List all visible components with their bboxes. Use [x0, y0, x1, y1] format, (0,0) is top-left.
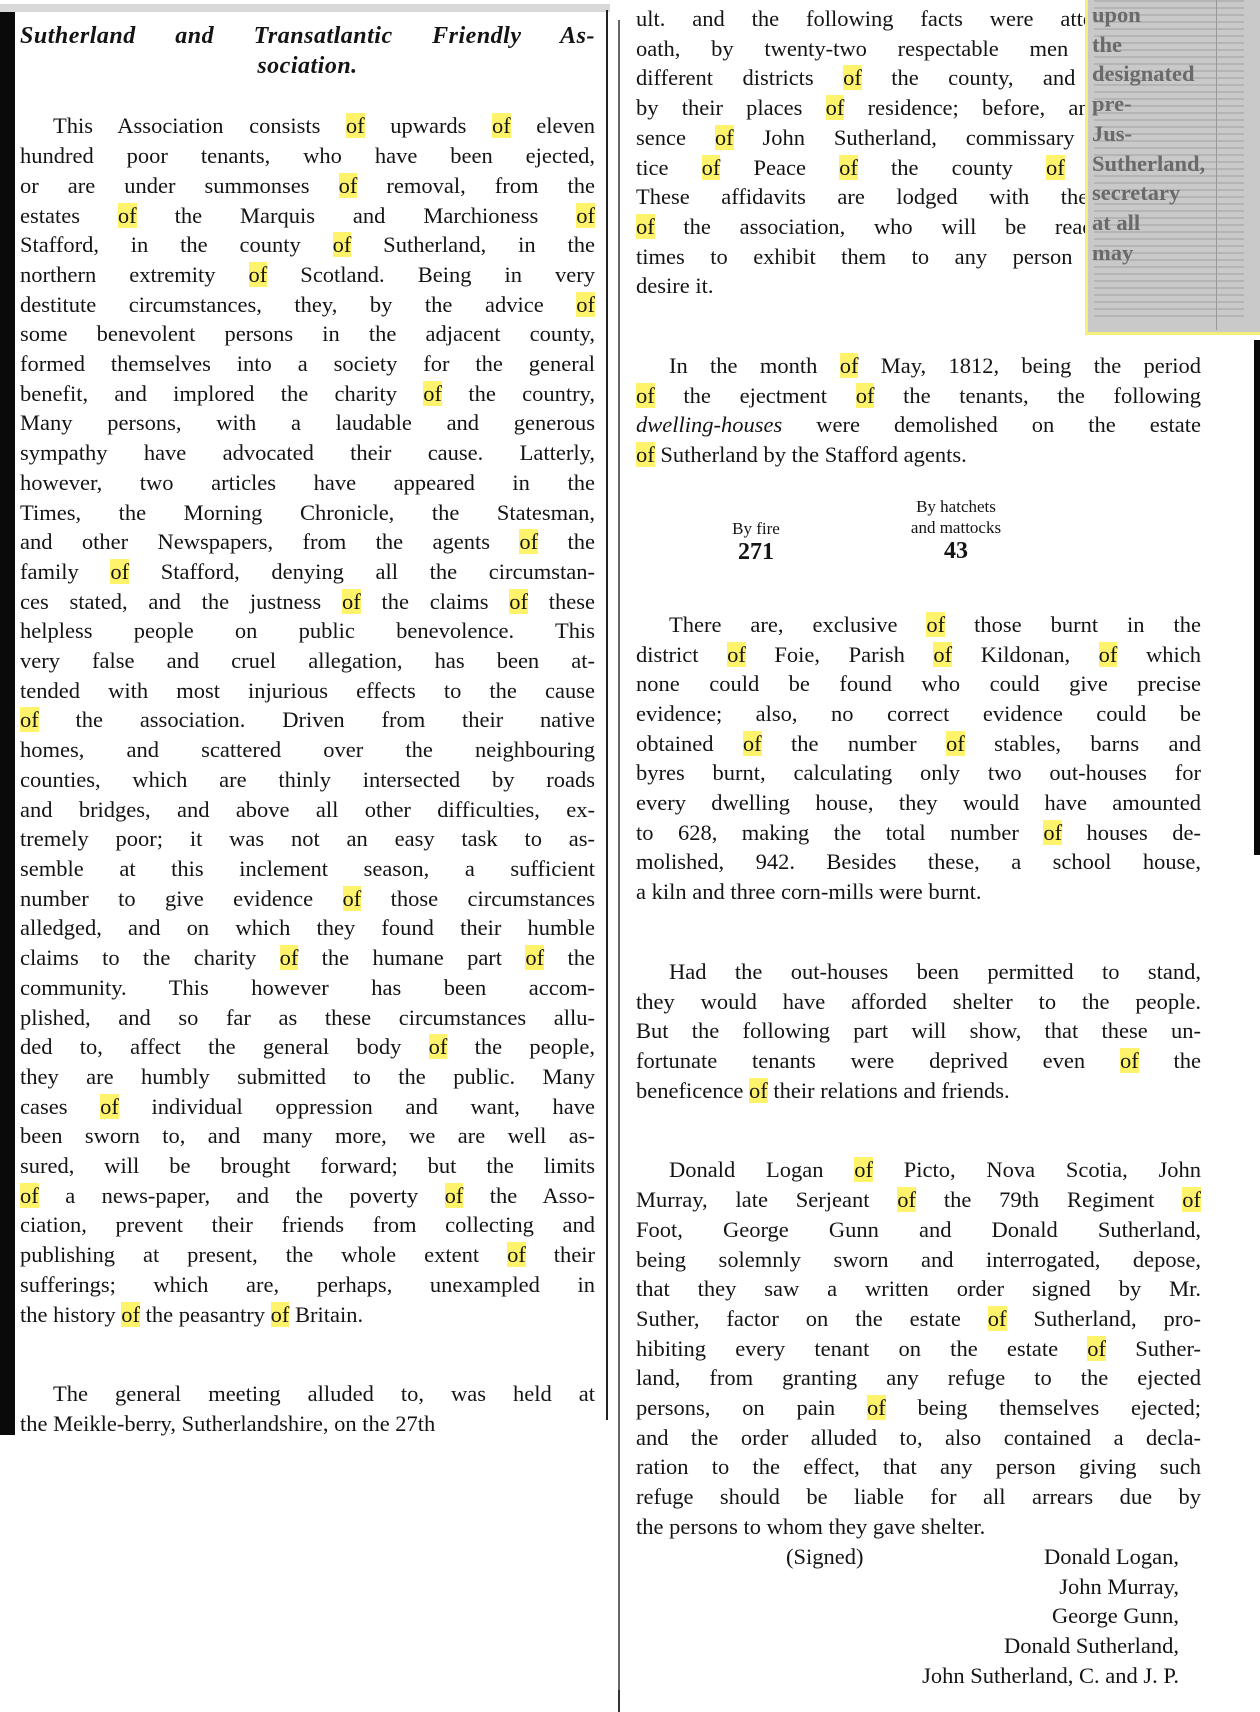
right-scan-edge — [1254, 340, 1260, 855]
text-line: that they saw a written order signed by … — [636, 1274, 1201, 1304]
signatory: Donald Logan, — [1044, 1542, 1201, 1572]
thumbnail-word: at all — [1092, 208, 1205, 238]
text-line: fortunate tenants were deprived even of … — [636, 1046, 1201, 1076]
text-line: alledged, and on which they found their … — [20, 913, 595, 943]
search-highlight: of — [933, 642, 952, 667]
text-line: destitute circumstances, they, by the ad… — [20, 290, 595, 320]
search-highlight: of — [636, 214, 655, 239]
text-line: plished, and so far as these circumstanc… — [20, 1003, 595, 1033]
text-line: There are, exclusive of those burnt in t… — [636, 610, 1201, 640]
search-highlight: of — [525, 945, 544, 970]
search-highlight: of — [1043, 820, 1062, 845]
text-line: molished, 942. Besides these, a school h… — [636, 847, 1201, 877]
article-title-line2: sociation. — [20, 52, 595, 82]
text-line: and the order alluded to, also contained… — [636, 1423, 1201, 1453]
search-highlight: of — [715, 125, 734, 150]
text-line: formed themselves into a society for the… — [20, 349, 595, 379]
text-line: publishing at present, the whole extent … — [20, 1240, 595, 1270]
text-line: of Sutherland by the Stafford agents. — [636, 440, 1201, 470]
text-line: benefit, and implored the charity of the… — [20, 379, 595, 409]
search-highlight: of — [423, 381, 442, 406]
text-line: and other Newspapers, from the agents of… — [20, 527, 595, 557]
text-line: Suther, factor on the estate of Sutherla… — [636, 1304, 1201, 1334]
text-line: claims to the charity of the humane part… — [20, 943, 595, 973]
text-line: land, from granting any refuge to the ej… — [636, 1363, 1201, 1393]
paragraph-exclusive: There are, exclusive of those burnt in t… — [636, 610, 1201, 907]
text-line: byres burnt, calculating only two out-ho… — [636, 758, 1201, 788]
search-highlight: of — [576, 203, 595, 228]
column-rule-left — [606, 10, 608, 1420]
tally-value-hatchets: 43 — [881, 538, 1031, 564]
text-line: Times, the Morning Chronicle, the States… — [20, 498, 595, 528]
paragraph-may-1812: In the month of May, 1812, being the per… — [636, 351, 1201, 470]
signatory: John Sutherland, C. and J. P. — [636, 1661, 1201, 1691]
search-highlight: of — [826, 95, 845, 120]
text-line: to 628, making the total number of house… — [636, 818, 1201, 848]
search-highlight: of — [946, 731, 965, 756]
signatory: Donald Sutherland, — [636, 1631, 1201, 1661]
text-line: obtained of the number of stables, barns… — [636, 729, 1201, 759]
search-highlight: of — [840, 353, 859, 378]
search-highlight: of — [839, 155, 858, 180]
text-line: a kiln and three corn-mills were burnt. — [636, 877, 1201, 907]
search-highlight: of — [1099, 642, 1118, 667]
text-line: tended with most injurious effects to th… — [20, 676, 595, 706]
spacer — [20, 1329, 595, 1379]
text-line: every dwelling house, they would have am… — [636, 788, 1201, 818]
search-highlight: of — [702, 155, 721, 180]
thumbnail-word: Sutherland, — [1092, 149, 1205, 179]
thumbnail-column-rule — [1216, 0, 1217, 330]
search-highlight: of — [271, 1302, 290, 1327]
tally-header-hatchets-2: and mattocks — [881, 517, 1031, 538]
text-line: In the month of May, 1812, being the per… — [636, 351, 1201, 381]
search-highlight: of — [280, 945, 299, 970]
search-highlight: of — [1182, 1187, 1201, 1212]
search-highlight: of — [856, 383, 875, 408]
text-line: evidence; also, no correct evidence coul… — [636, 699, 1201, 729]
text-line: the history of the peasantry of Britain. — [20, 1300, 595, 1330]
text-line: persons, on pain of being themselves eje… — [636, 1393, 1201, 1423]
text-line: ded to, affect the general body of the p… — [20, 1032, 595, 1062]
search-highlight: of — [346, 113, 365, 138]
text-line: they are humbly submitted to the public.… — [20, 1062, 595, 1092]
spacer — [20, 81, 595, 111]
signature-block: (Signed) Donald Logan, — [636, 1542, 1201, 1572]
text-line: family of Stafford, denying all the circ… — [20, 557, 595, 587]
bottom-rule-tick — [618, 1690, 620, 1712]
text-line: cases of individual oppression and want,… — [20, 1092, 595, 1122]
search-highlight: of — [926, 612, 945, 637]
tally-col-fire: By fire 271 — [691, 518, 821, 565]
search-highlight: of — [867, 1395, 886, 1420]
left-scan-edge — [0, 12, 15, 1435]
text-line: counties, which are thinly intersected b… — [20, 765, 595, 795]
search-highlight: of — [727, 642, 746, 667]
thumbnail-word: pre- — [1092, 89, 1205, 119]
text-line: ces stated, and the justness of the clai… — [20, 587, 595, 617]
search-highlight: of — [445, 1183, 464, 1208]
text-line: been sworn to, and many more, we are wel… — [20, 1121, 595, 1151]
search-highlight: of — [749, 1078, 768, 1103]
text-line: being solemnly sworn and interrogated, d… — [636, 1245, 1201, 1275]
text-line: or are under summonses of removal, from … — [20, 171, 595, 201]
search-highlight: of — [110, 559, 129, 584]
text-line: ration to the effect, that any person gi… — [636, 1452, 1201, 1482]
column-rule-right — [618, 20, 620, 1712]
search-highlight: of — [1120, 1048, 1139, 1073]
text-line: northern extremity of Scotland. Being in… — [20, 260, 595, 290]
thumbnail-ghost-text: uponthedesignatedpre-Jus-Sutherland,secr… — [1088, 0, 1205, 267]
search-highlight: of — [854, 1157, 873, 1182]
text-line: of a news-paper, and the poverty of the … — [20, 1181, 595, 1211]
search-highlight: of — [492, 113, 511, 138]
search-highlight: of — [988, 1306, 1007, 1331]
text-line: the Meikle-berry, Sutherlandshire, on th… — [20, 1409, 595, 1439]
text-line: district of Foie, Parish of Kildonan, of… — [636, 640, 1201, 670]
demolition-tally: By fire 271 By hatchets and mattocks 43 — [636, 490, 1201, 580]
text-line: Had the out-houses been permitted to sta… — [636, 957, 1201, 987]
signed-label: (Signed) — [786, 1542, 864, 1572]
search-highlight: of — [576, 292, 595, 317]
text-line: Donald Logan of Picto, Nova Scotia, John — [636, 1155, 1201, 1185]
search-highlight: of — [507, 1242, 526, 1267]
paragraph-out-houses: Had the out-houses been permitted to sta… — [636, 957, 1201, 1106]
search-highlight: of — [743, 731, 762, 756]
text-line: the persons to whom they gave shelter. — [636, 1512, 1201, 1542]
search-highlight: of — [249, 262, 268, 287]
search-highlight: of — [1046, 155, 1065, 180]
tally-value-fire: 271 — [691, 539, 821, 565]
tally-col-hatchets: By hatchets and mattocks 43 — [881, 496, 1031, 564]
text-line: tremely poor; it was not an easy task to… — [20, 824, 595, 854]
text-line: But the following part will show, that t… — [636, 1016, 1201, 1046]
search-highlight: of — [20, 1183, 39, 1208]
search-highlight: of — [519, 529, 538, 554]
text-line: and bridges, and above all other difficu… — [20, 795, 595, 825]
text-line: some benevolent persons in the adjacent … — [20, 319, 595, 349]
spacer — [636, 1105, 1201, 1155]
text-line: very false and cruel allegation, has bee… — [20, 646, 595, 676]
text-line: Foot, George Gunn and Donald Sutherland, — [636, 1215, 1201, 1245]
text-line: Murray, late Serjeant of the 79th Regime… — [636, 1185, 1201, 1215]
article-title-line1: Sutherland and Transatlantic Friendly As… — [20, 22, 595, 52]
thumbnail-word: the — [1092, 30, 1205, 60]
text-line: hundred poor tenants, who have been ejec… — [20, 141, 595, 171]
search-highlight: of — [897, 1187, 916, 1212]
left-column: Sutherland and Transatlantic Friendly As… — [20, 22, 595, 1439]
search-highlight: of — [20, 707, 39, 732]
search-highlight: of — [333, 232, 352, 257]
text-line: Stafford, in the county of Sutherland, i… — [20, 230, 595, 260]
text-line: sured, will be brought forward; but the … — [20, 1151, 595, 1181]
search-highlight: of — [100, 1094, 119, 1119]
thumbnail-word: may — [1092, 238, 1205, 268]
text-line: community. This however has been accom- — [20, 973, 595, 1003]
tally-header-fire: By fire — [691, 518, 821, 539]
text-line: helpless people on public benevolence. T… — [20, 616, 595, 646]
text-line: This Association consists of upwards of … — [20, 111, 595, 141]
text-line: estates of the Marquis and Marchioness o… — [20, 201, 595, 231]
thumbnail-word: designated — [1092, 59, 1205, 89]
search-highlight: of — [121, 1302, 140, 1327]
thumbnail-word: Jus- — [1092, 119, 1205, 149]
text-line: semble at this inclement season, a suffi… — [20, 854, 595, 884]
thumbnail-word: upon — [1092, 0, 1205, 30]
text-line: Many persons, with a laudable and genero… — [20, 408, 595, 438]
text-line: homes, and scattered over the neighbouri… — [20, 735, 595, 765]
search-highlight: of — [843, 65, 862, 90]
page-top-border — [0, 4, 610, 12]
paragraph-intro: This Association consists of upwards of … — [20, 111, 595, 1329]
text-line: of the association. Driven from their na… — [20, 705, 595, 735]
search-highlight: of — [429, 1034, 448, 1059]
spacer — [636, 580, 1201, 610]
thumbnail-word: secretary — [1092, 178, 1205, 208]
paragraph-deposition: Donald Logan of Picto, Nova Scotia, John… — [636, 1155, 1201, 1541]
search-highlight: of — [342, 589, 361, 614]
page-thumbnail-overlay[interactable]: uponthedesignatedpre-Jus-Sutherland,secr… — [1085, 0, 1260, 335]
text-line: none could be found who could give preci… — [636, 669, 1201, 699]
tally-header-hatchets-1: By hatchets — [881, 496, 1031, 517]
search-highlight: of — [118, 203, 137, 228]
text-line: however, two articles have appeared in t… — [20, 468, 595, 498]
spacer — [636, 907, 1201, 957]
text-line: sympathy have advocated their cause. Lat… — [20, 438, 595, 468]
paragraph-meeting: The general meeting alluded to, was held… — [20, 1379, 595, 1438]
text-line: The general meeting alluded to, was held… — [20, 1379, 595, 1409]
search-highlight: of — [343, 886, 362, 911]
search-highlight: of — [636, 442, 655, 467]
text-line: ciation, prevent their friends from coll… — [20, 1210, 595, 1240]
text-line: refuge should be liable for all arrears … — [636, 1482, 1201, 1512]
text-line: sufferings; which are, perhaps, unexampl… — [20, 1270, 595, 1300]
text-line: number to give evidence of those circums… — [20, 884, 595, 914]
text-line: hibiting every tenant on the estate of S… — [636, 1334, 1201, 1364]
text-line: beneficence of their relations and frien… — [636, 1076, 1201, 1106]
search-highlight: of — [339, 173, 358, 198]
search-highlight: of — [509, 589, 528, 614]
signatory: John Murray, — [636, 1572, 1201, 1602]
search-highlight: of — [1087, 1336, 1106, 1361]
text-line: they would have afforded shelter to the … — [636, 987, 1201, 1017]
text-line: of the ejectment of the tenants, the fol… — [636, 381, 1201, 411]
signatory: George Gunn, — [636, 1601, 1201, 1631]
text-line: dwelling-houses were demolished on the e… — [636, 410, 1201, 440]
search-highlight: of — [636, 383, 655, 408]
